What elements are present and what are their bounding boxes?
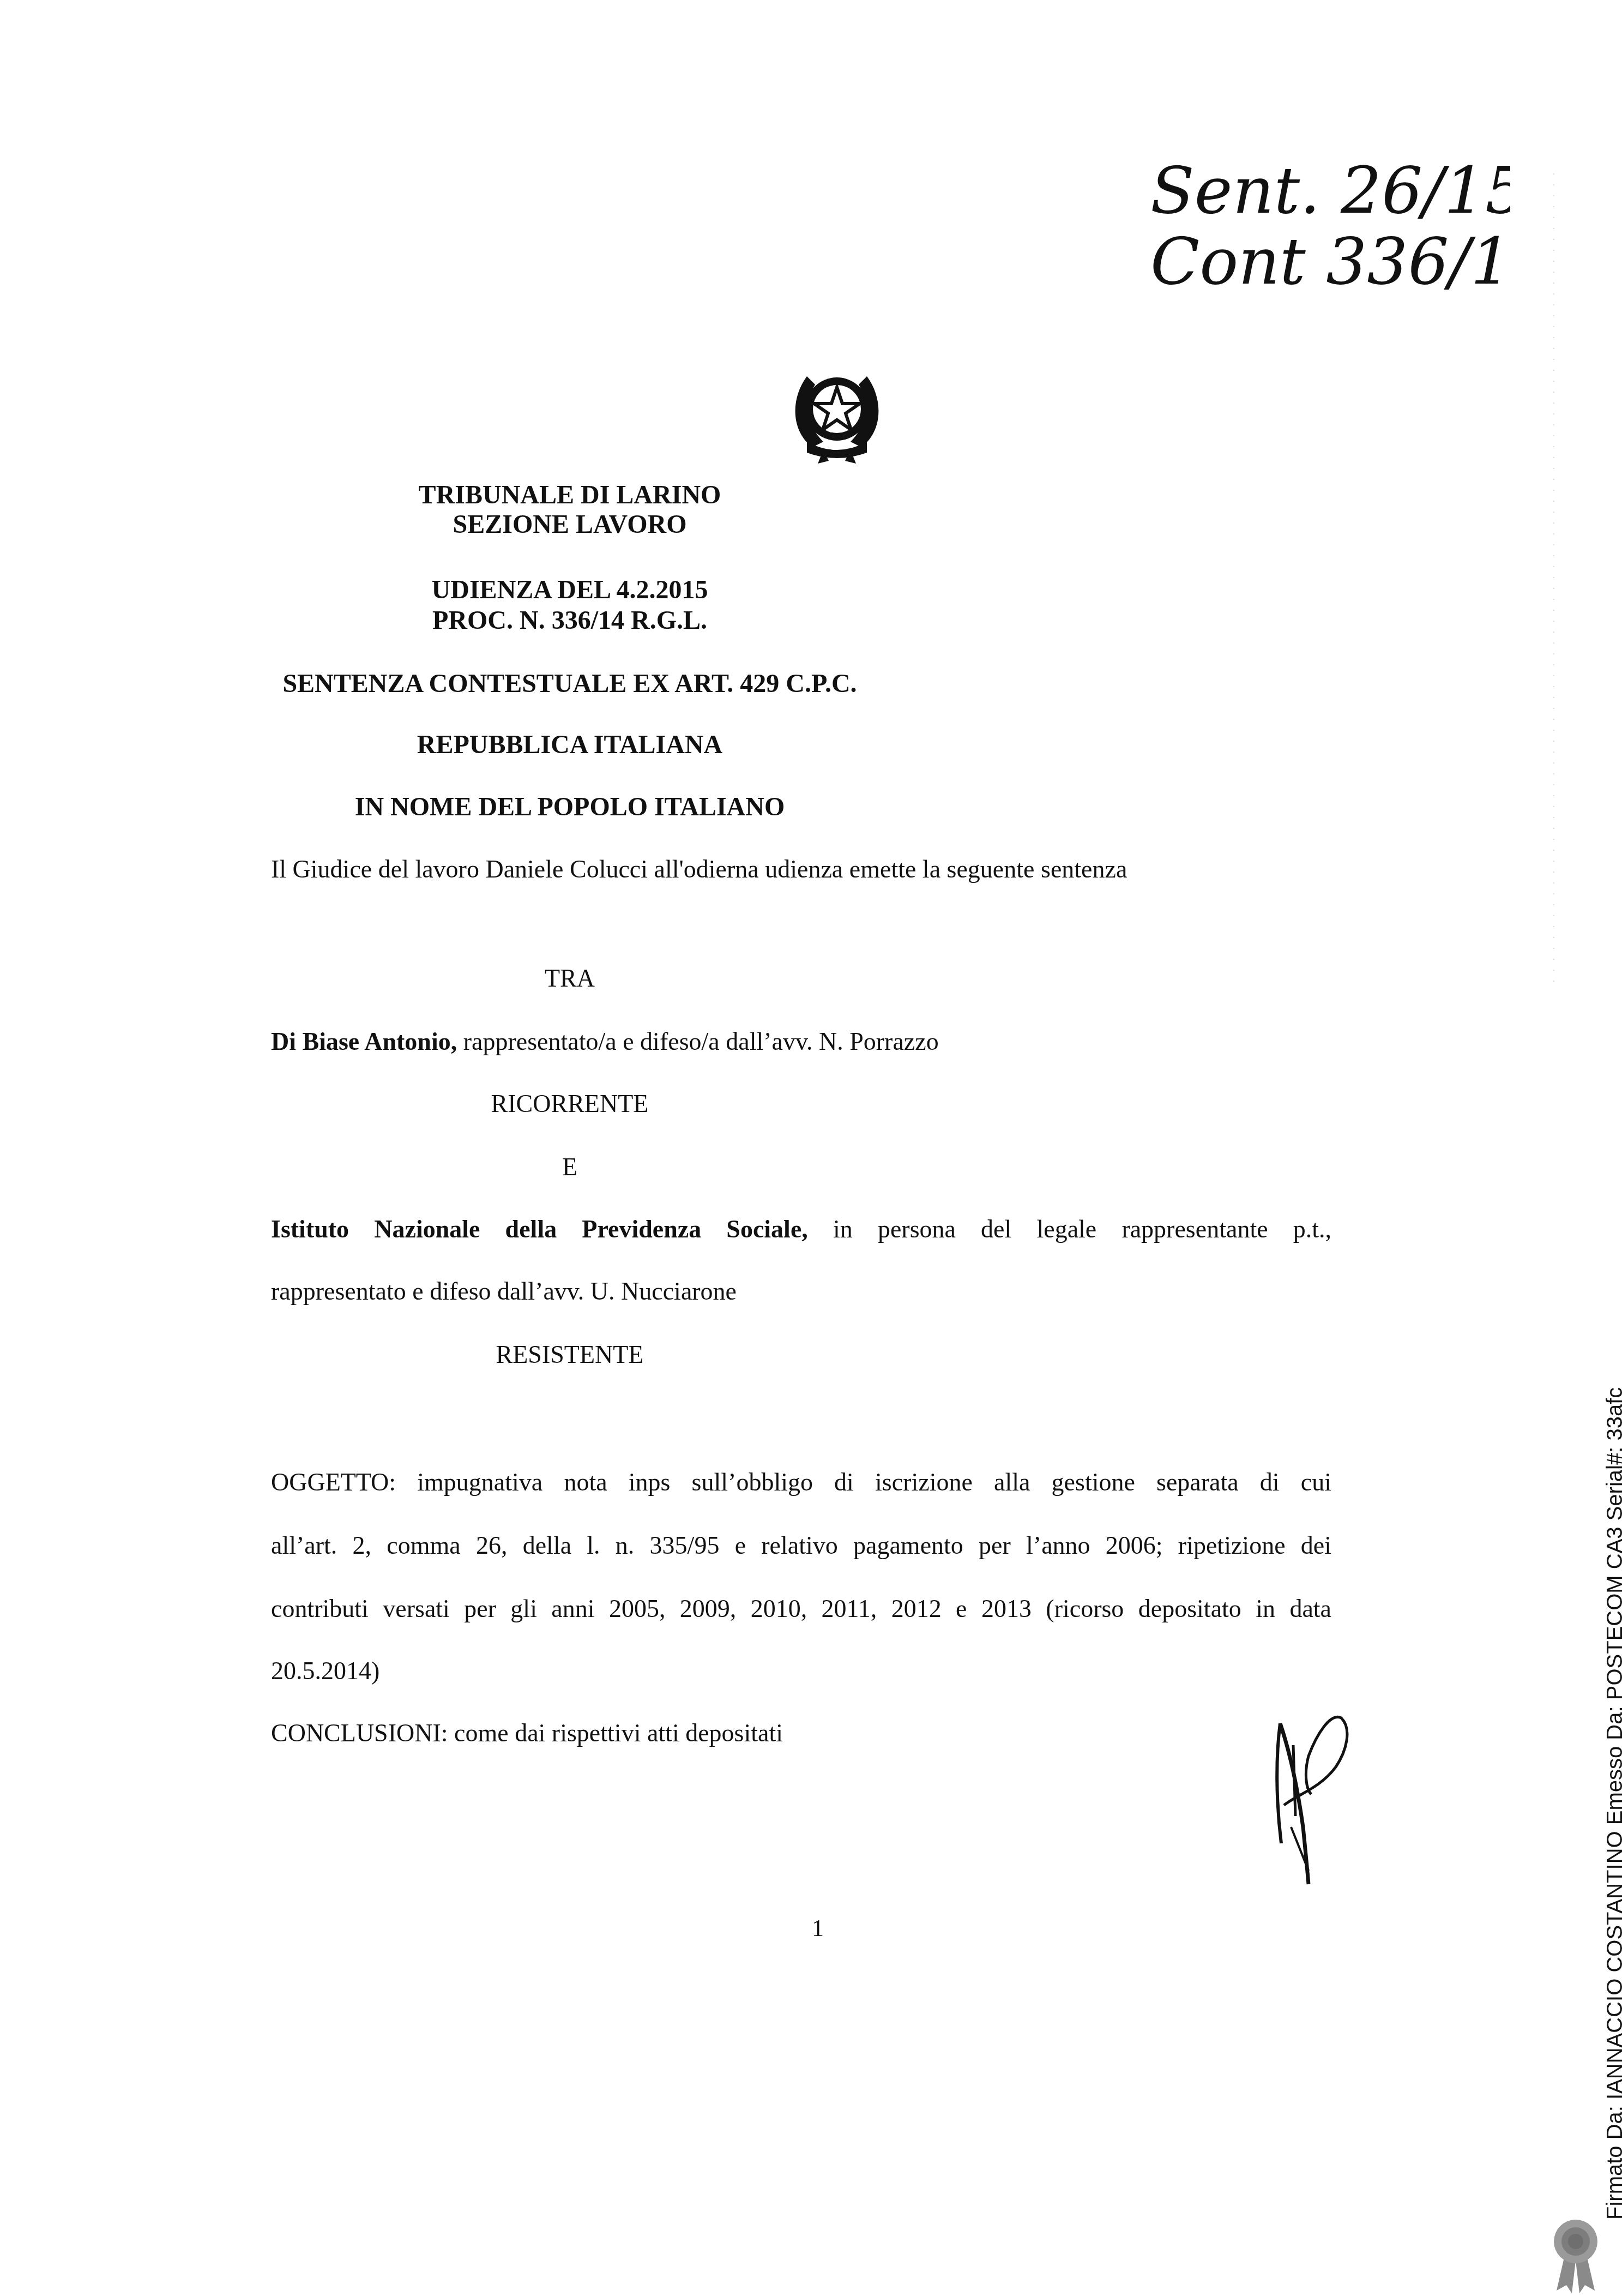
between-label: TRA (0, 963, 1388, 994)
judge-intro: Il Giudice del lavoro Daniele Colucci al… (271, 854, 1331, 885)
plaintiff-counsel: rappresentato/a e difeso/a dall’avv. N. … (457, 1027, 938, 1055)
hearing-date: UDIENZA DEL 4.2.2015 (0, 575, 1388, 605)
conclusions: CONCLUSIONI: come dai rispettivi atti de… (271, 1718, 1331, 1748)
emblem-of-italy-icon (785, 354, 889, 464)
proceeding-number: PROC. N. 336/14 R.G.L. (0, 605, 1388, 636)
handwritten-line-1: Sent. 26/15 (1150, 153, 1510, 228)
defendant-representative: in persona del legale rappresentante p.t… (808, 1215, 1331, 1243)
plaintiff-name: Di Biase Antonio, (271, 1027, 457, 1055)
scan-edge-artifact (1553, 164, 1554, 982)
people-heading: IN NOME DEL POPOLO ITALIANO (0, 792, 1388, 822)
court-section: SEZIONE LAVORO (0, 509, 1388, 540)
republic-heading: REPUBBLICA ITALIANA (0, 730, 1388, 760)
certificate-seal-icon (1546, 2211, 1606, 2296)
defendant-name: Istituto Nazionale della Previdenza Soci… (271, 1215, 808, 1243)
handwritten-annotation-svg: Sent. 26/15 Cont 336/14 (1139, 147, 1510, 311)
defendant-role: RESISTENTE (0, 1339, 1388, 1370)
party-defendant-line-2: rappresentato e difeso dall’avv. U. Nucc… (271, 1276, 1331, 1307)
document-page: Sent. 26/15 Cont 336/14 TRIBUNALE DI LAR… (0, 0, 1622, 2296)
subject-line-1: OGGETTO: impugnativa nota inps sull’obbl… (271, 1467, 1331, 1498)
digital-signature-text: Firmato Da: IANNACCIO COSTANTINO Emesso … (1603, 1387, 1622, 2220)
and-separator: E (0, 1152, 1388, 1182)
party-plaintiff: Di Biase Antonio, rappresentato/a e dife… (271, 1026, 1331, 1057)
page-number: 1 (763, 1914, 872, 1942)
subject-line-2: all’art. 2, comma 26, della l. n. 335/95… (271, 1530, 1331, 1561)
handwritten-line-2: Cont 336/14 (1150, 224, 1510, 299)
sentence-type: SENTENZA CONTESTUALE EX ART. 429 C.P.C. (0, 669, 1388, 699)
subject-line-3: contributi versati per gli anni 2005, 20… (271, 1594, 1331, 1624)
party-defendant-line-1: Istituto Nazionale della Previdenza Soci… (271, 1214, 1331, 1245)
subject-line-4: 20.5.2014) (271, 1656, 1331, 1686)
plaintiff-role: RICORRENTE (0, 1089, 1388, 1119)
handwritten-annotation: Sent. 26/15 Cont 336/14 (1139, 147, 1510, 311)
court-name: TRIBUNALE DI LARINO (0, 480, 1388, 510)
signature-initials-icon (1259, 1691, 1368, 1892)
